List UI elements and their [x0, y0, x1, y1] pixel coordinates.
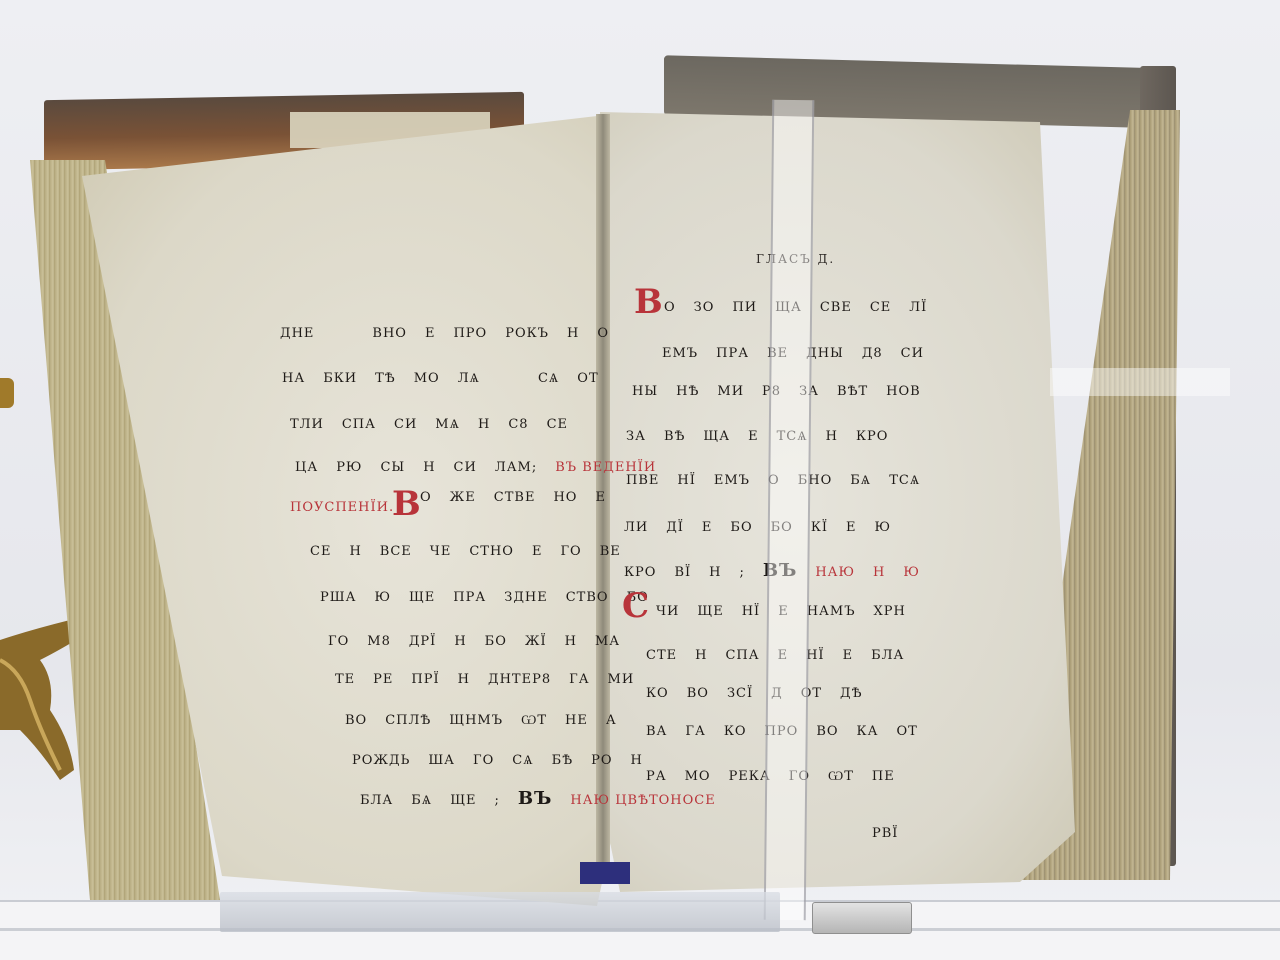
left-line-8: ГОМ8ДРЇНБОЖЇНМА	[328, 634, 638, 649]
acrylic-page-holder-strip	[764, 100, 815, 920]
left-line-4: ЦАРЮСЫНСИЛАМ;ВЪ ВЕДЕНЇИ	[295, 460, 674, 475]
red-initial-v-left: В	[392, 484, 421, 524]
manuscript-text: ДНЕВНОЕПРОРОКЪНО НАБКИТѢМОЛѦСѦОТ ТЛИСПАС…	[0, 0, 1280, 960]
right-line-4: ЗАВѢЩАЕТСѦНКРО	[626, 428, 906, 444]
left-line-6: СЕНВСЕЧЕСТНОЕГОВЕ	[310, 544, 639, 559]
left-line-9: ТЕРЕПРЇНДНТЕР8ГАМИ	[335, 672, 652, 687]
left-line-1: ДНЕВНОЕПРОРОКЪНО	[280, 326, 627, 341]
left-line-11: РОЖДЬШАГОСѦБѢРОН	[352, 752, 661, 768]
left-line-12: БЛАБѦЩЕ;ВЪНАЮ ЦВѢТОНОСЕ	[360, 788, 734, 809]
right-line-10: КОВОЗСЇДОТДѢ	[646, 686, 881, 701]
metal-magnet-clip	[812, 902, 912, 934]
red-initial-s-right: С	[622, 586, 649, 626]
left-line-2: НАБКИТѢМОЛѦСѦОТ	[282, 370, 617, 386]
acrylic-stand-base	[220, 892, 780, 932]
left-line-5b: ОЖЕСТВЕНОЕ	[420, 490, 624, 505]
right-line-6: ЛИДЇЕБОБОКЇЕЮ	[624, 520, 909, 535]
left-line-7: РШАЮЩЕПРАЗДНЕСТВОБО	[320, 590, 667, 605]
red-initial-v-right: В	[634, 282, 663, 322]
right-line-13: РВЇ	[872, 826, 916, 841]
left-line-3: ТЛИСПАСИМѦНС8СЕ	[290, 416, 586, 432]
left-line-10: ВОСПЛѢЩНМЪѠТНЕА	[345, 712, 635, 728]
